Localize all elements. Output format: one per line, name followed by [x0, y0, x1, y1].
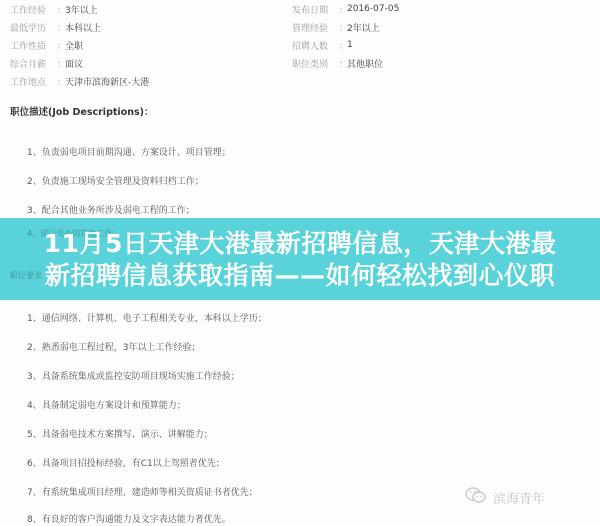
info-row-job-type: 工作性质 ： 全职 — [0, 36, 83, 54]
watermark: 滨海青年 — [465, 486, 545, 508]
requirement-item: 1、通信网络、计算机、电子工程相关专业，本科以上学历； — [27, 311, 267, 324]
info-row-management-experience: 管理经验 ： 2年以上 — [292, 18, 380, 36]
info-colon: ： — [339, 21, 347, 34]
info-value: 天津市滨海新区-大港 — [65, 75, 149, 88]
requirement-item: 8、有良好的客户沟通能力及文字表达能力者优先。 — [27, 512, 231, 525]
info-value: 2年以上 — [347, 21, 380, 34]
info-row-location: 工作地点 ： 天津市滨海新区-大港 — [0, 72, 149, 90]
info-value: 1 — [347, 40, 353, 50]
job-descriptions-heading: 职位描述(Job Descriptions)： — [10, 104, 153, 118]
info-label: 招聘人数 — [292, 39, 339, 52]
requirement-item: 4、具备制定弱电方案设计和预算能力； — [27, 398, 186, 411]
info-label: 工作地点 — [0, 75, 57, 88]
info-row-education: 最低学历 ： 本科以上 — [0, 18, 101, 36]
article-title-line-1: 11月5日天津大港最新招聘信息，天津大港最 — [0, 228, 600, 260]
article-title: 11月5日天津大港最新招聘信息，天津大港最 新招聘信息获取指南——如何轻松找到心… — [0, 228, 600, 292]
article-title-line-2: 新招聘信息获取指南——如何轻松找到心仪职 — [0, 260, 600, 292]
info-label: 职位类别 — [292, 57, 339, 70]
info-colon: ： — [57, 21, 65, 34]
requirement-item: 6、具备项目招投标经验，有C1以上驾照者优先； — [27, 456, 225, 469]
info-value: 2016-07-05 — [347, 4, 399, 14]
requirement-item: 3、具备系统集成或监控安防项目现场实施工作经验； — [27, 369, 240, 382]
info-value: 本科以上 — [65, 21, 101, 34]
info-colon: ： — [339, 39, 347, 52]
info-colon: ： — [57, 3, 65, 16]
requirement-item: 2、熟悉弱电工程过程，3年以上工作经验； — [27, 340, 200, 353]
info-row-category: 职位类别 ： 其他职位 — [292, 54, 383, 72]
info-colon: ： — [57, 75, 65, 88]
info-label: 管理经验 — [292, 21, 339, 34]
requirement-item: 5、具备弱电技术方案撰写、演示、讲解能力； — [27, 427, 213, 440]
description-item: 3、配合其他业务所涉及弱电工程的工作； — [27, 203, 195, 216]
title-banner: 4、部门交办的其他工作； 职位要求 11月5日天津大港最新招聘信息，天津大港最 … — [0, 218, 600, 300]
info-colon: ： — [339, 3, 347, 16]
info-label: 发布日期 — [292, 3, 339, 16]
watermark-text: 滨海青年 — [493, 488, 545, 507]
description-item: 2、负责施工现场安全管理及资料归档工作； — [27, 174, 204, 187]
info-label: 综合月薪 — [0, 57, 57, 70]
info-row-salary: 综合月薪 ： 面议 — [0, 54, 83, 72]
info-value: 其他职位 — [347, 57, 383, 70]
wechat-icon — [465, 486, 493, 508]
info-row-publish-date: 发布日期 ： 2016-07-05 — [292, 0, 399, 18]
requirement-item: 7、有系统集成项目经理、建造师等相关资质证书者优先； — [27, 485, 258, 498]
info-label: 工作性质 — [0, 39, 57, 52]
info-value: 全职 — [65, 39, 83, 52]
info-label: 最低学历 — [0, 21, 57, 34]
info-row-experience: 工作经验 ： 3年以上 — [0, 0, 98, 18]
info-value: 3年以上 — [65, 3, 98, 16]
info-colon: ： — [339, 57, 347, 70]
info-colon: ： — [57, 57, 65, 70]
info-value: 面议 — [65, 57, 83, 70]
description-item: 1、负责弱电项目前期沟通、方案设计、项目管理； — [27, 145, 231, 158]
info-row-headcount: 招聘人数 ： 1 — [292, 36, 353, 54]
info-label: 工作经验 — [0, 3, 57, 16]
info-colon: ： — [57, 39, 65, 52]
